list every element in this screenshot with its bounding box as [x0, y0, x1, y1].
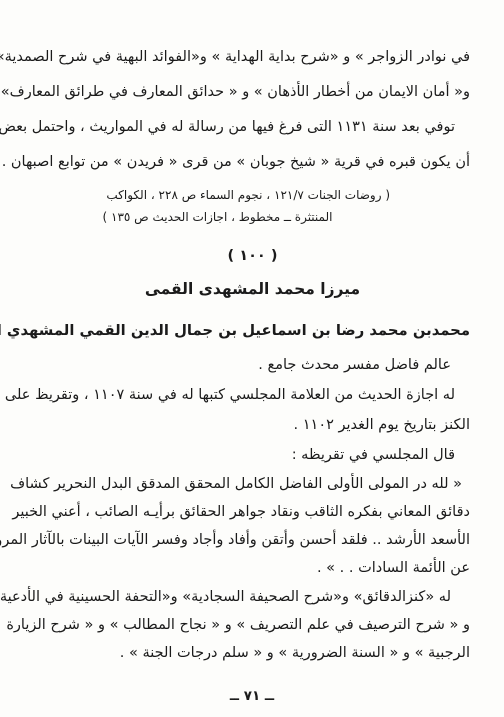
- works-paragraph: له «كنزالدقائق» و«شرح الصحيفة السجادية» …: [35, 583, 470, 667]
- text-line: و« أمان الايمان من أخطار الأذهان » و « ح…: [35, 75, 470, 110]
- majlisi-intro: قال المجلسي في تقريظه :: [35, 440, 470, 470]
- text-line: أن يكون قبره في قرية « شيخ جوبان » من قر…: [35, 145, 470, 180]
- entry-number-heading: ( ١٠٠ ): [35, 241, 470, 271]
- text-line: توفي بعد سنة ١١٣١ التى فرغ فيها من رسالة…: [35, 110, 470, 145]
- text-line: و « شرح الترصيف في علم التصريف » و « نجا…: [35, 611, 470, 639]
- description-paragraph: عالم فاضل مفسر محدث جامع .: [35, 350, 470, 380]
- sources-note: ( روضات الجنات ١٢١/٧ ، نجوم السماء ص ٢٢٨…: [35, 180, 470, 228]
- quote-line: دقائق المعاني بفكره الثاقب ونقاد جواهر ا…: [35, 498, 470, 526]
- quote-line: « لله در المولى الأولى الفاضل الكامل الم…: [35, 470, 470, 498]
- entry-title: ميرزا محمد المشهدى القمى: [35, 274, 470, 304]
- book-page: في نوادر الزواجر » و «شرح بداية الهداية …: [0, 0, 504, 717]
- page-number: ــ ٧١ ــ: [0, 688, 504, 704]
- death-paragraph: توفي بعد سنة ١١٣١ التى فرغ فيها من رسالة…: [35, 110, 470, 180]
- continuation-paragraph: في نوادر الزواجر » و «شرح بداية الهداية …: [35, 40, 470, 110]
- source-line: ( روضات الجنات ١٢١/٧ ، نجوم السماء ص ٢٢٨…: [45, 184, 390, 206]
- text-line: له «كنزالدقائق» و«شرح الصحيفة السجادية» …: [35, 583, 470, 611]
- text-line: الرجبية » و « السنة الضرورية » و « سلم د…: [35, 639, 470, 667]
- text-line: له اجازة الحديث من العلامة المجلسي كتبها…: [35, 380, 470, 410]
- text-line: الكنز بتاريخ يوم الغدير ١١٠٢ .: [35, 410, 470, 440]
- text-line: في نوادر الزواجر » و «شرح بداية الهداية …: [35, 40, 470, 75]
- genealogy-line: محمدبن محمد رضا بن اسماعيل بن جمال الدين…: [35, 316, 470, 346]
- text-line: قال المجلسي في تقريظه :: [35, 440, 470, 470]
- ijaza-paragraph: له اجازة الحديث من العلامة المجلسي كتبها…: [35, 380, 470, 440]
- quote-line: عن الأئمة السادات . . » .: [35, 554, 470, 582]
- quote-line: الأسعد الأرشد .. فلقد أحسن وأتقن وأفاد و…: [35, 526, 470, 554]
- text-line: عالم فاضل مفسر محدث جامع .: [35, 350, 470, 380]
- source-line: المنتثرة ــ مخطوط ، اجازات الحديث ص ١٣٥ …: [45, 206, 390, 228]
- taqriz-quote: « لله در المولى الأولى الفاضل الكامل الم…: [35, 470, 470, 582]
